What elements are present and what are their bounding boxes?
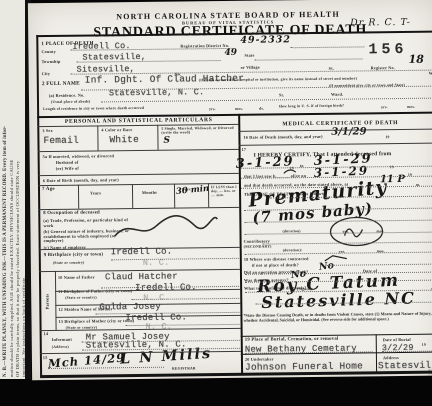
age-years-label: Years (90, 190, 101, 195)
birthplace-label: 9 Birthplace (city or town) (44, 252, 103, 258)
registrar-label: REGISTRAR (172, 366, 196, 370)
dotted-line (48, 367, 164, 369)
border-line (40, 370, 432, 377)
disease-contracted-label: 18 Where was disease contracted (244, 256, 309, 262)
dotted-line (126, 324, 240, 326)
left-margin-strip: N. B.—WRITE PLAINLY, WITH UNFADING INK—T… (0, 0, 26, 379)
township-hand-value: 49 (224, 48, 237, 58)
city-label: City (42, 71, 51, 76)
abode-note: (Usual place of abode) (51, 100, 90, 104)
burial-place-label: 19 Place of Burial, Cremation, or remova… (245, 337, 339, 343)
dob-label: 6 Date of Birth (month, day, and year) (43, 177, 119, 183)
scanned-death-certificate: N. B.—WRITE PLAINLY, WITH UNFADING INK—T… (0, 0, 432, 406)
dotted-line (101, 98, 432, 103)
village-label: or Village (241, 65, 260, 70)
duration2-label: (duration): (283, 248, 303, 252)
yrs-label: yrs. (209, 107, 216, 111)
dotted-line (131, 298, 239, 300)
sex-label: 3 Sex (42, 128, 52, 133)
doctor-annotation: Dr R. C. T- (350, 17, 411, 29)
length-residence-label: Length of residence in city or town wher… (43, 106, 144, 111)
dotted-line (290, 46, 364, 48)
rule-line (132, 184, 133, 208)
informant-number-label: 14 (44, 331, 49, 336)
handwritten-scribble (110, 207, 220, 244)
burial-date-label: Date of Burial (383, 337, 411, 342)
ds-label: ds. (259, 107, 264, 111)
full-name-label: 2 FULL NAME (42, 81, 80, 87)
yrs-label: yrs. (381, 105, 388, 109)
father-state-country-label: (State or country) (65, 295, 97, 299)
marital-value: S (163, 136, 170, 146)
occupation-label: 8 Occupation of deceased (43, 210, 100, 216)
footnote-text: *State the Disease Causing Death, or in … (243, 311, 432, 323)
residence-label: (a) Residence. No. (49, 93, 85, 98)
dotted-line (327, 263, 432, 265)
rule-line (78, 185, 79, 209)
handwritten-mark (282, 167, 298, 175)
parents-vertical-label: Parents (45, 294, 50, 310)
dotted-line (77, 60, 221, 63)
sex-value: Femail (43, 135, 79, 146)
age-months-label: Months (142, 190, 157, 195)
certificate-number: 156 (368, 41, 407, 58)
mos-label: mos. (235, 107, 243, 111)
date-of-death-value: 3/1/29 (331, 126, 366, 137)
dotted-line (81, 86, 432, 91)
age-value: 30 min (176, 184, 210, 197)
married-label: 5a If married, widowed, or divorced (43, 153, 114, 159)
hospital-note: (If death occurred in a hospital or inst… (199, 76, 357, 82)
father-name-label: 10 Name of Father (58, 274, 95, 279)
foreign-birth-label: How long in U. S. if of foreign birth? (279, 104, 344, 109)
race-label: 4 Color or Race (101, 127, 132, 132)
township-label: Township (42, 59, 61, 64)
rule-line (55, 271, 57, 331)
rule-line (38, 173, 239, 176)
husband-label: Husband of (56, 160, 79, 165)
nineteen-label: 19 (422, 343, 426, 347)
state-label: State (244, 53, 254, 58)
residence-st-label: St. (279, 92, 284, 97)
wife-label: (or) Wife of (56, 166, 79, 171)
mother-birthplace-label: 13 Birthplace of Mother (city or town) (58, 318, 134, 324)
rule-line (157, 125, 158, 150)
undertaker-address-value: Statesville (378, 360, 432, 372)
informant-address-label: (Address) (52, 345, 69, 349)
item-17-label: 17 (242, 147, 247, 152)
rule-line (239, 142, 432, 145)
race-value: White (109, 134, 139, 145)
mother-birthplace-state: N. C. (146, 322, 173, 332)
register-no-value: 18 (408, 53, 423, 66)
age-label: 7 Age (42, 187, 55, 192)
dotted-line (111, 258, 239, 260)
informant-label: Informant (52, 337, 72, 342)
border-line (376, 334, 378, 373)
certificate-document: NORTH CAROLINA STATE BOARD OF HEALTH BUR… (28, 0, 432, 380)
margin-instructions: N. B.—WRITE PLAINLY, WITH UNFADING INK—T… (3, 3, 27, 377)
mos-label: mos. (407, 105, 415, 109)
county-label: County (41, 49, 56, 54)
date-of-death-label: 16 Date of Death (month, day, and year) (243, 134, 322, 140)
nineteen-label: 19 (385, 135, 389, 139)
dotted-line (255, 58, 363, 60)
disease-contracted-label2: if not at place of death? (252, 262, 299, 268)
age-ifless-label: IF LESS than 1 day, .... hrs. or .... mi… (211, 185, 238, 197)
residence-ward-label: Ward. (331, 92, 343, 97)
rule-line (97, 125, 98, 150)
rule-line (38, 149, 239, 152)
father-name-value: Claud Hatcher (105, 272, 178, 283)
birthplace-state-country-label: (State or country) (53, 261, 85, 265)
registration-district-value: 49-2332 (240, 34, 291, 46)
operation-value: No (318, 260, 334, 273)
secondary-label: (SECONDARY) (244, 244, 272, 248)
marital-label: 5 Single, Married, Widowed, or Divorced … (161, 126, 237, 136)
